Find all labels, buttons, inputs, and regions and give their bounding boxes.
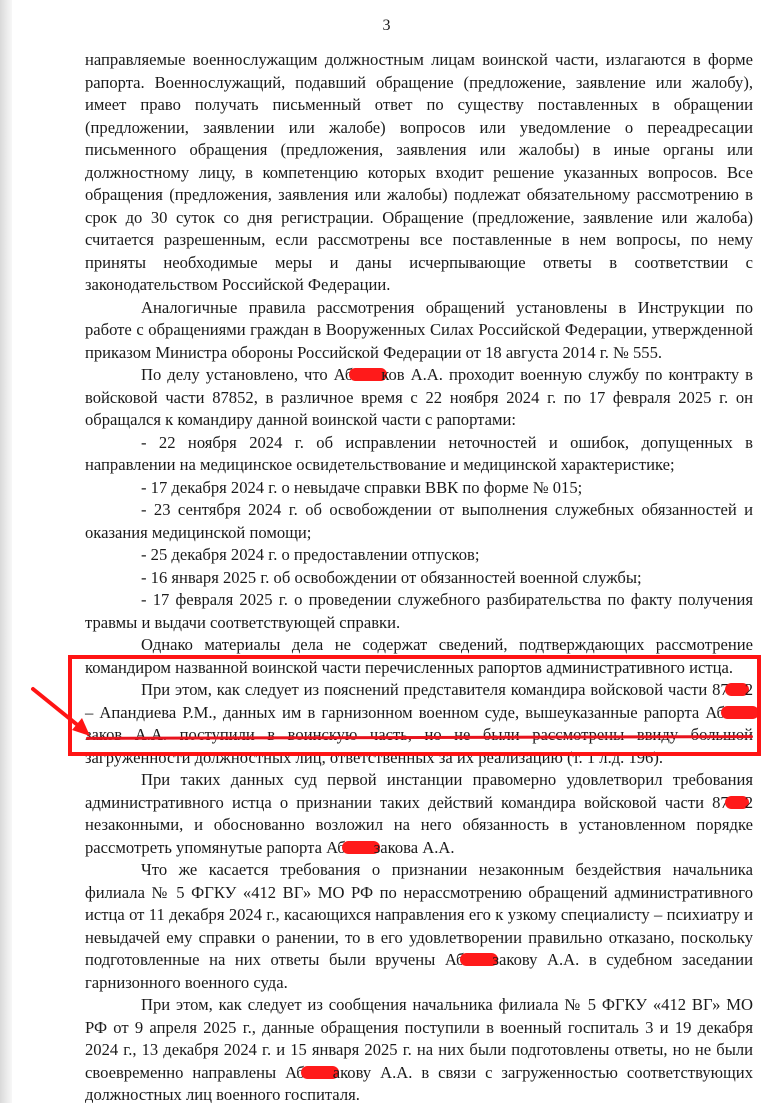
red-arrow-icon (0, 0, 773, 1103)
